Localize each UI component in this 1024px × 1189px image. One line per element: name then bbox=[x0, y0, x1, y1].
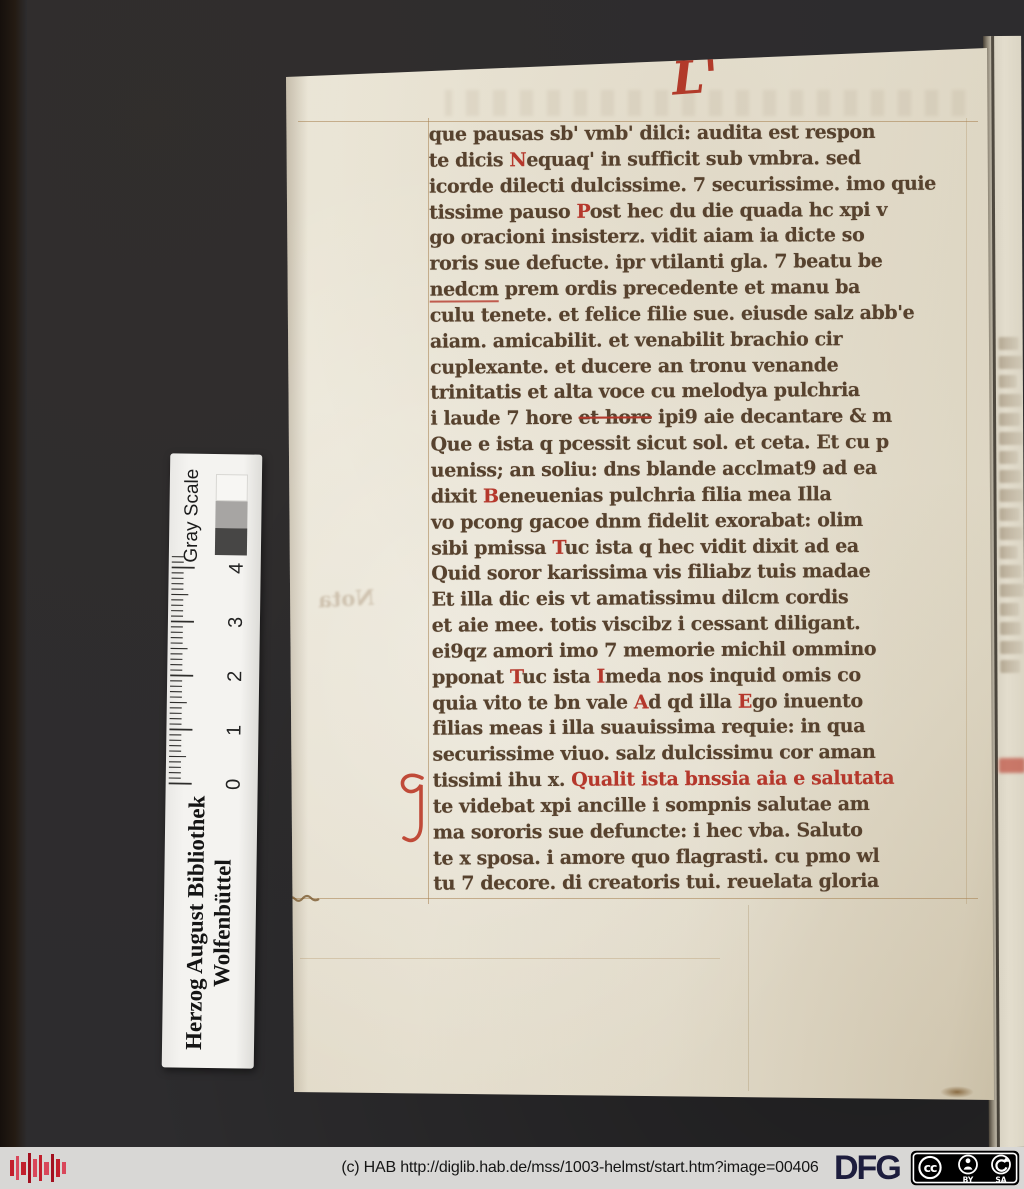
manuscript-segment: prem ordis precedente et manu ba bbox=[498, 276, 860, 300]
manuscript-segment: go oracioni insisterz. vidit aiam ia dic… bbox=[429, 224, 864, 249]
ghost-text-line bbox=[999, 356, 1023, 369]
page-left-shade bbox=[286, 70, 308, 1095]
manuscript-line: ueniss; an soliu: dns blande acclmat9 ad… bbox=[431, 455, 979, 484]
ghost-text-line bbox=[1000, 527, 1023, 540]
manuscript-line: quia vito te bn vale Ad qd illa Ego inue… bbox=[432, 688, 980, 717]
manuscript-line: et aie mee. totis viscibz i cessant dili… bbox=[432, 610, 980, 639]
manuscript-line: trinitatis et alta voce cu melodya pulch… bbox=[430, 378, 978, 407]
manuscript-segment: ost hec du die quada hc xpi v bbox=[590, 198, 887, 222]
manuscript-segment: roris sue defucte. ipr vtilanti gla. 7 b… bbox=[429, 250, 882, 275]
ghost-text-line bbox=[1000, 641, 1023, 654]
manuscript-line: aiam. amicabilit. et venabilit brachio c… bbox=[430, 326, 978, 355]
manuscript-page: L' que pausas sb' vmb' dilci: audita est… bbox=[0, 0, 1024, 1189]
copyright-text: (c) HAB http://diglib.hab.de/mss/1003-he… bbox=[340, 1159, 820, 1177]
ghost-text-line bbox=[999, 451, 1018, 464]
manuscript-segment: que pausas sb' vmb' dilci: audita est re… bbox=[429, 121, 876, 146]
manuscript-line: nedcm prem ordis precedente et manu ba bbox=[430, 274, 978, 303]
manuscript-line: ei9qz amori imo 7 memorie michil ommino bbox=[432, 636, 980, 665]
manuscript-line: i laude 7 hore et hore ipi9 aie decantar… bbox=[430, 404, 978, 433]
manuscript-line: securissime viuo. salz dulcissimu cor am… bbox=[432, 740, 980, 769]
manuscript-segment: Que e ista q pcessit sicut sol. et ceta.… bbox=[431, 431, 889, 456]
cc-license-badge: cc BY SA bbox=[910, 1150, 1020, 1186]
manuscript-segment: ueniss; an soliu: dns blande acclmat9 ad… bbox=[431, 457, 877, 482]
facing-page-ghost-text bbox=[999, 331, 1024, 921]
manuscript-line: te dicis Nequaq' in sufficit sub vmbra. … bbox=[429, 145, 977, 174]
ghost-text-line bbox=[1000, 584, 1024, 597]
ruling-line-bottom bbox=[288, 898, 978, 899]
manuscript-segment: culu tenete. et felice filie sue. eiusde… bbox=[430, 302, 915, 327]
manuscript-segment: N bbox=[509, 149, 526, 171]
manuscript-segment: pponat bbox=[432, 666, 510, 688]
manuscript-segment: Quid soror karissima vis filiabz tuis ma… bbox=[431, 560, 870, 585]
ghost-text-line bbox=[999, 489, 1023, 502]
ghost-text-line bbox=[999, 432, 1023, 445]
ghost-text-line bbox=[999, 337, 1019, 350]
manuscript-line: filias meas i illa suauissima requie: in… bbox=[432, 714, 980, 743]
hab-logo bbox=[8, 1150, 70, 1186]
manuscript-segment: T bbox=[552, 536, 564, 558]
manuscript-segment: P bbox=[576, 200, 590, 222]
manuscript-segment: uc ista q hec vidit dixit ad ea bbox=[564, 535, 859, 559]
manuscript-line: tissime pauso Post hec du die quada hc x… bbox=[429, 197, 977, 226]
manuscript-segment: A bbox=[634, 691, 648, 713]
manuscript-line: icorde dilecti dulcissime. 7 securissime… bbox=[429, 171, 977, 200]
manuscript-line: tissimi ihu x. Qualit ista bnssia aia e … bbox=[433, 765, 981, 794]
manuscript-line: culu tenete. et felice filie sue. eiusde… bbox=[430, 300, 978, 329]
ghost-text-line bbox=[1000, 603, 1019, 616]
manuscript-line: Que e ista q pcessit sicut sol. et ceta.… bbox=[431, 429, 979, 458]
ghost-text-line bbox=[1000, 546, 1018, 559]
manuscript-segment: sibi pmissa bbox=[431, 536, 552, 559]
manuscript-line: ma sororis sue defuncte: i hec vba. Salu… bbox=[433, 817, 981, 846]
manuscript-segment: Qualit ista bnssia aia e salutata bbox=[571, 767, 894, 791]
cc-by-label: BY bbox=[963, 1176, 974, 1185]
manuscript-segment: tissimi ihu x. bbox=[433, 769, 572, 792]
manuscript-segment: T bbox=[510, 666, 522, 688]
manuscript-segment: filias meas i illa suauissima requie: in… bbox=[432, 715, 865, 740]
manuscript-segment: meda nos inquid omis co bbox=[605, 664, 861, 688]
svg-text:cc: cc bbox=[924, 1160, 937, 1175]
ghost-text-line bbox=[1000, 622, 1021, 635]
manuscript-segment: securissime viuo. salz dulcissimu cor am… bbox=[432, 741, 875, 766]
ruling-line-lower bbox=[300, 958, 720, 959]
manuscript-segment: trinitatis et alta voce cu melodya pulch… bbox=[430, 379, 860, 404]
footer-bar: (c) HAB http://diglib.hab.de/mss/1003-he… bbox=[0, 1147, 1024, 1189]
manuscript-line: vo pcong gacoe dnm fidelit exorabat: oli… bbox=[431, 507, 979, 536]
manuscript-segment: et hore bbox=[579, 407, 652, 429]
manuscript-segment: ei9qz amori imo 7 memorie michil ommino bbox=[432, 638, 876, 663]
grayscale-ruler: Gray Scale 4 3 2 1 0 Herzog August Bibli… bbox=[162, 453, 263, 1068]
manuscript-line: Quid soror karissima vis filiabz tuis ma… bbox=[431, 559, 979, 588]
ruler-number-2: 2 bbox=[224, 661, 244, 691]
ruler-number-1: 1 bbox=[223, 715, 243, 745]
dfg-logo: DFG bbox=[834, 1149, 900, 1189]
ruler-number-4: 4 bbox=[225, 553, 245, 583]
library-name-line2: Wolfenbüttel bbox=[207, 787, 238, 1059]
manuscript-segment: equaq' in sufficit sub vmbra. sed bbox=[526, 147, 861, 171]
manuscript-segment: uc ista bbox=[522, 665, 597, 687]
manuscript-segment: I bbox=[596, 665, 605, 687]
manuscript-segment: go inuento bbox=[752, 690, 863, 713]
ghost-text-line bbox=[999, 375, 1017, 388]
cc-sa-label: SA bbox=[995, 1176, 1006, 1185]
digitized-manuscript-scan: L' que pausas sb' vmb' dilci: audita est… bbox=[0, 0, 1024, 1189]
manuscript-segment: eneuenias pulchria filia mea Illa bbox=[499, 483, 832, 507]
manuscript-line: tu 7 decore. di creatoris tui. reuelata … bbox=[433, 869, 981, 898]
manuscript-line: te x sposa. i amore quo flagrasti. cu pm… bbox=[433, 843, 981, 872]
manuscript-segment: ma sororis sue defuncte: i hec vba. Salu… bbox=[433, 819, 863, 844]
manuscript-segment: i laude 7 hore bbox=[430, 407, 578, 430]
manuscript-line: cuplexante. et ducere an tronu venande bbox=[430, 352, 978, 381]
manuscript-segment: cuplexante. et ducere an tronu venande bbox=[430, 354, 838, 378]
manuscript-line: sibi pmissa Tuc ista q hec vidit dixit a… bbox=[431, 533, 979, 562]
manuscript-segment: d qd illa bbox=[648, 690, 738, 713]
ghost-text-line bbox=[1000, 660, 1020, 673]
library-name-line1: Herzog August Bibliothek bbox=[180, 787, 211, 1059]
manuscript-segment: te videbat xpi ancille i sompnis salutae… bbox=[433, 793, 870, 818]
page-stain bbox=[940, 1086, 974, 1098]
manuscript-segment: te dicis bbox=[429, 149, 510, 171]
manuscript-line: que pausas sb' vmb' dilci: audita est re… bbox=[429, 119, 977, 148]
manuscript-segment: te x sposa. i amore quo flagrasti. cu pm… bbox=[433, 845, 879, 870]
manuscript-segment: quia vito te bn vale bbox=[432, 691, 634, 714]
ghost-text-line bbox=[1000, 508, 1020, 521]
ghost-text-line bbox=[999, 470, 1021, 483]
library-name: Herzog August Bibliothek Wolfenbüttel bbox=[180, 787, 240, 1060]
manuscript-segment: dixit bbox=[431, 485, 483, 507]
ghost-text-line bbox=[1000, 565, 1022, 578]
manuscript-segment: tu 7 decore. di creatoris tui. reuelata … bbox=[433, 870, 879, 895]
ghost-text-line bbox=[999, 394, 1022, 407]
page-crease bbox=[748, 905, 749, 1091]
book-left-edge bbox=[0, 0, 27, 1147]
manuscript-segment: ipi9 aie decantare & m bbox=[652, 405, 892, 428]
manuscript-line: dixit Beneuenias pulchria filia mea Illa bbox=[431, 481, 979, 510]
manuscript-line: Et illa dic eis vt amatissimu dilcm cord… bbox=[431, 585, 979, 614]
ruler-number-3: 3 bbox=[225, 607, 245, 637]
manuscript-segment: aiam. amicabilit. et venabilit brachio c… bbox=[430, 328, 842, 353]
manuscript-segment: icorde dilecti dulcissime. 7 securissime… bbox=[429, 172, 936, 197]
manuscript-segment: E bbox=[738, 690, 752, 712]
margin-ghost-note: Nota bbox=[317, 585, 375, 613]
manuscript-segment: tissime pauso bbox=[429, 200, 576, 223]
manuscript-segment: et aie mee. totis viscibz i cessant dili… bbox=[432, 612, 861, 637]
manuscript-segment: Et illa dic eis vt amatissimu dilcm cord… bbox=[431, 586, 848, 611]
manuscript-line: te videbat xpi ancille i sompnis salutae… bbox=[433, 791, 981, 820]
paragraph-mark-icon bbox=[396, 770, 430, 850]
bottom-ruling-mark bbox=[286, 893, 320, 905]
manuscript-segment: nedcm bbox=[430, 278, 499, 302]
manuscript-line: pponat Tuc ista Imeda nos inquid omis co bbox=[432, 662, 980, 691]
manuscript-line: go oracioni insisterz. vidit aiam ia dic… bbox=[429, 223, 977, 252]
manuscript-line: roris sue defucte. ipr vtilanti gla. 7 b… bbox=[429, 249, 977, 278]
manuscript-segment: B bbox=[483, 485, 499, 507]
facing-page-ghost-rubric bbox=[999, 758, 1024, 773]
quire-mark: L' bbox=[670, 48, 720, 105]
manuscript-segment: vo pcong gacoe dnm fidelit exorabat: oli… bbox=[431, 509, 863, 534]
manuscript-text: que pausas sb' vmb' dilci: audita est re… bbox=[429, 119, 982, 898]
ghost-text-line bbox=[999, 413, 1020, 426]
